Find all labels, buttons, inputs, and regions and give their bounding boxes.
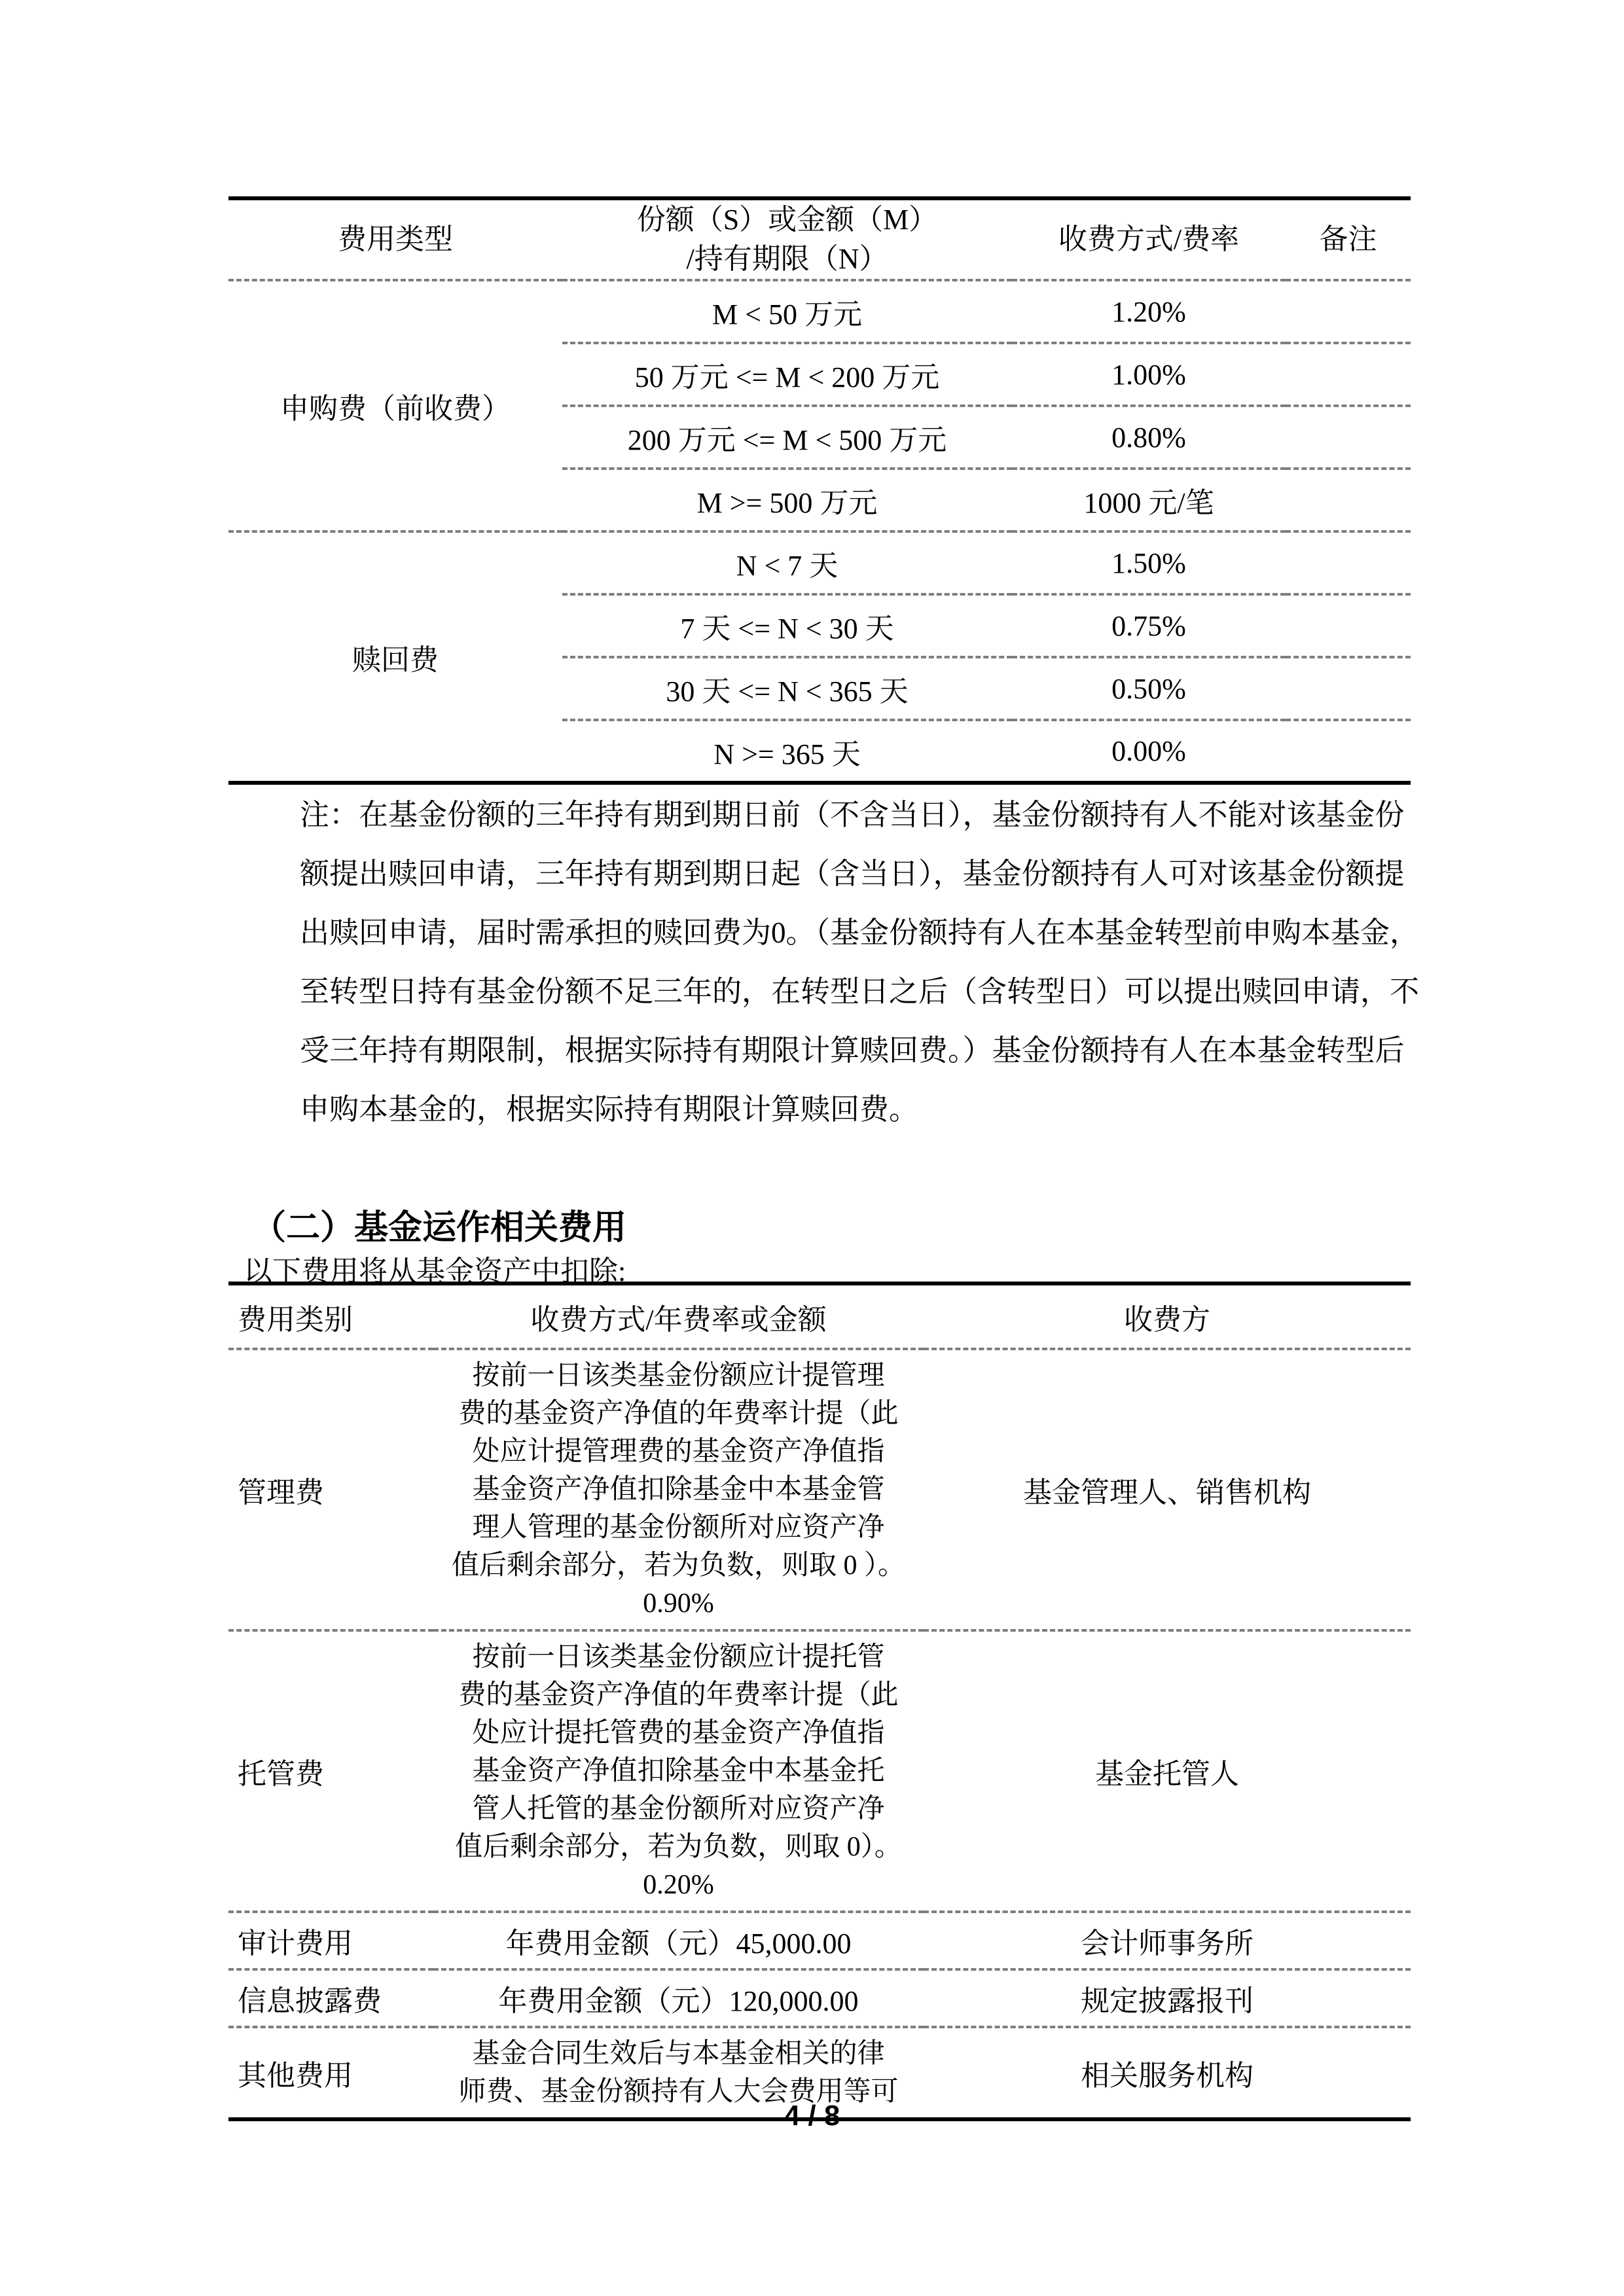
remark-cell [1286, 594, 1411, 657]
method-line: 按前一日该类基金份额应计提托管 [433, 1638, 924, 1676]
rate-cell: 1000 元/笔 [1012, 469, 1286, 531]
note-line: 额提出赎回申请，三年持有期到期日起（含当日），基金份额持有人可对该基金份额提 [300, 844, 1419, 903]
remark-cell [1286, 343, 1411, 406]
note-line: 注：在基金份额的三年持有期到期日前（不含当日），基金份额持有人不能对该基金份 [300, 785, 1419, 844]
method-line: 费的基金资产净值的年费率计提（此 [433, 1676, 924, 1714]
category-cell: 托管费 [228, 1630, 433, 1912]
payee-cell: 规定披露报刊 [924, 1969, 1411, 2027]
remark-cell [1286, 720, 1411, 783]
rate-cell: 0.75% [1012, 594, 1286, 657]
category-cell: 审计费用 [228, 1912, 433, 1969]
remark-cell [1286, 657, 1411, 720]
table-row: 信息披露费 年费用金额（元）120,000.00 规定披露报刊 [228, 1969, 1411, 2027]
payee-cell: 基金管理人、销售机构 [924, 1349, 1411, 1630]
condition-cell: N < 7 天 [562, 531, 1012, 594]
header-amount-line1: 份额（S）或金额（M） [562, 200, 1012, 240]
rate-cell: 0.50% [1012, 657, 1286, 720]
table-row: 管理费 按前一日该类基金份额应计提管理 费的基金资产净值的年费率计提（此 处应计… [228, 1349, 1411, 1630]
operation-fee-table: 费用类别 收费方式/年费率或金额 收费方 管理费 按前一日该类基金份额应计提管理… [228, 1282, 1411, 2121]
note-line: 受三年持有期限制，根据实际持有期限计算赎回费。）基金份额持有人在本基金转型后 [300, 1021, 1419, 1080]
rate-cell: 0.80% [1012, 406, 1286, 469]
fee-group-label-subscription: 申购费（前收费） [228, 280, 562, 531]
method-line: 按前一日该类基金份额应计提管理 [433, 1357, 924, 1395]
remark-cell [1286, 280, 1411, 343]
header-amount-holding: 份额（S）或金额（M） /持有期限（N） [562, 198, 1012, 280]
method-line: 值后剩余部分，若为负数，则取 0 ）。 [433, 1547, 924, 1585]
condition-cell: 50 万元 <= M < 200 万元 [562, 343, 1012, 406]
header-fee-category: 费用类别 [228, 1283, 433, 1349]
method-line: 基金合同生效后与本基金相关的律 [433, 2035, 924, 2073]
table-row: 审计费用 年费用金额（元）45,000.00 会计师事务所 [228, 1912, 1411, 1969]
method-line: 基金资产净值扣除基金中本基金管 [433, 1471, 924, 1509]
method-cell: 按前一日该类基金份额应计提托管 费的基金资产净值的年费率计提（此 处应计提托管费… [433, 1630, 924, 1912]
note-line: 出赎回申请，届时需承担的赎回费为0。（基金份额持有人在本基金转型前申购本基金， [300, 903, 1419, 962]
section-heading: （二）基金运作相关费用 [252, 1200, 626, 1249]
remark-cell [1286, 469, 1411, 531]
condition-cell: M < 50 万元 [562, 280, 1012, 343]
method-line: 管人托管的基金份额所对应资产净 [433, 1790, 924, 1828]
table-header-row: 费用类别 收费方式/年费率或金额 收费方 [228, 1283, 1411, 1349]
table-row: 赎回费 N < 7 天 1.50% [228, 531, 1411, 594]
header-charge-method: 收费方式/费率 [1012, 198, 1286, 280]
condition-cell: 30 天 <= N < 365 天 [562, 657, 1012, 720]
table-row: 申购费（前收费） M < 50 万元 1.20% [228, 280, 1411, 343]
method-line: 费的基金资产净值的年费率计提（此 [433, 1395, 924, 1433]
note-line: 至转型日持有基金份额不足三年的，在转型日之后（含转型日）可以提出赎回申请，不 [300, 962, 1419, 1021]
subscription-redemption-fee-table: 费用类型 份额（S）或金额（M） /持有期限（N） 收费方式/费率 备注 申购费… [228, 196, 1411, 785]
page-number: 4 / 8 [0, 2100, 1624, 2132]
method-line: 值后剩余部分，若为负数，则取 0）。 [433, 1828, 924, 1866]
header-charge-method-rate: 收费方式/年费率或金额 [433, 1283, 924, 1349]
method-line: 基金资产净值扣除基金中本基金托 [433, 1752, 924, 1790]
payee-cell: 会计师事务所 [924, 1912, 1411, 1969]
condition-cell: 7 天 <= N < 30 天 [562, 594, 1012, 657]
remark-cell [1286, 531, 1411, 594]
rate-cell: 0.00% [1012, 720, 1286, 783]
method-line: 理人管理的基金份额所对应资产净 [433, 1509, 924, 1547]
table-header-row: 费用类型 份额（S）或金额（M） /持有期限（N） 收费方式/费率 备注 [228, 198, 1411, 280]
category-cell: 管理费 [228, 1349, 433, 1630]
note-line: 申购本基金的，根据实际持有期限计算赎回费。 [300, 1080, 1419, 1139]
fee-group-label-redemption: 赎回费 [228, 531, 562, 783]
condition-cell: N >= 365 天 [562, 720, 1012, 783]
rate-cell: 1.50% [1012, 531, 1286, 594]
rate-cell: 1.20% [1012, 280, 1286, 343]
method-cell: 按前一日该类基金份额应计提管理 费的基金资产净值的年费率计提（此 处应计提管理费… [433, 1349, 924, 1630]
payee-cell: 基金托管人 [924, 1630, 1411, 1912]
table-row: 托管费 按前一日该类基金份额应计提托管 费的基金资产净值的年费率计提（此 处应计… [228, 1630, 1411, 1912]
header-remark: 备注 [1286, 198, 1411, 280]
method-cell: 年费用金额（元）45,000.00 [433, 1912, 924, 1969]
method-line: 处应计提管理费的基金资产净值指 [433, 1433, 924, 1471]
method-cell: 年费用金额（元）120,000.00 [433, 1969, 924, 2027]
header-fee-type: 费用类型 [228, 198, 562, 280]
header-payee: 收费方 [924, 1283, 1411, 1349]
condition-cell: M >= 500 万元 [562, 469, 1012, 531]
category-cell: 信息披露费 [228, 1969, 433, 2027]
redemption-note-paragraph: 注：在基金份额的三年持有期到期日前（不含当日），基金份额持有人不能对该基金份 额… [300, 785, 1419, 1139]
method-line: 0.20% [433, 1866, 924, 1904]
method-line: 处应计提托管费的基金资产净值指 [433, 1714, 924, 1752]
rate-cell: 1.00% [1012, 343, 1286, 406]
method-line: 0.90% [433, 1585, 924, 1623]
document-page: 费用类型 份额（S）或金额（M） /持有期限（N） 收费方式/费率 备注 申购费… [0, 0, 1624, 2296]
header-amount-line2: /持有期限（N） [562, 240, 1012, 279]
remark-cell [1286, 406, 1411, 469]
condition-cell: 200 万元 <= M < 500 万元 [562, 406, 1012, 469]
